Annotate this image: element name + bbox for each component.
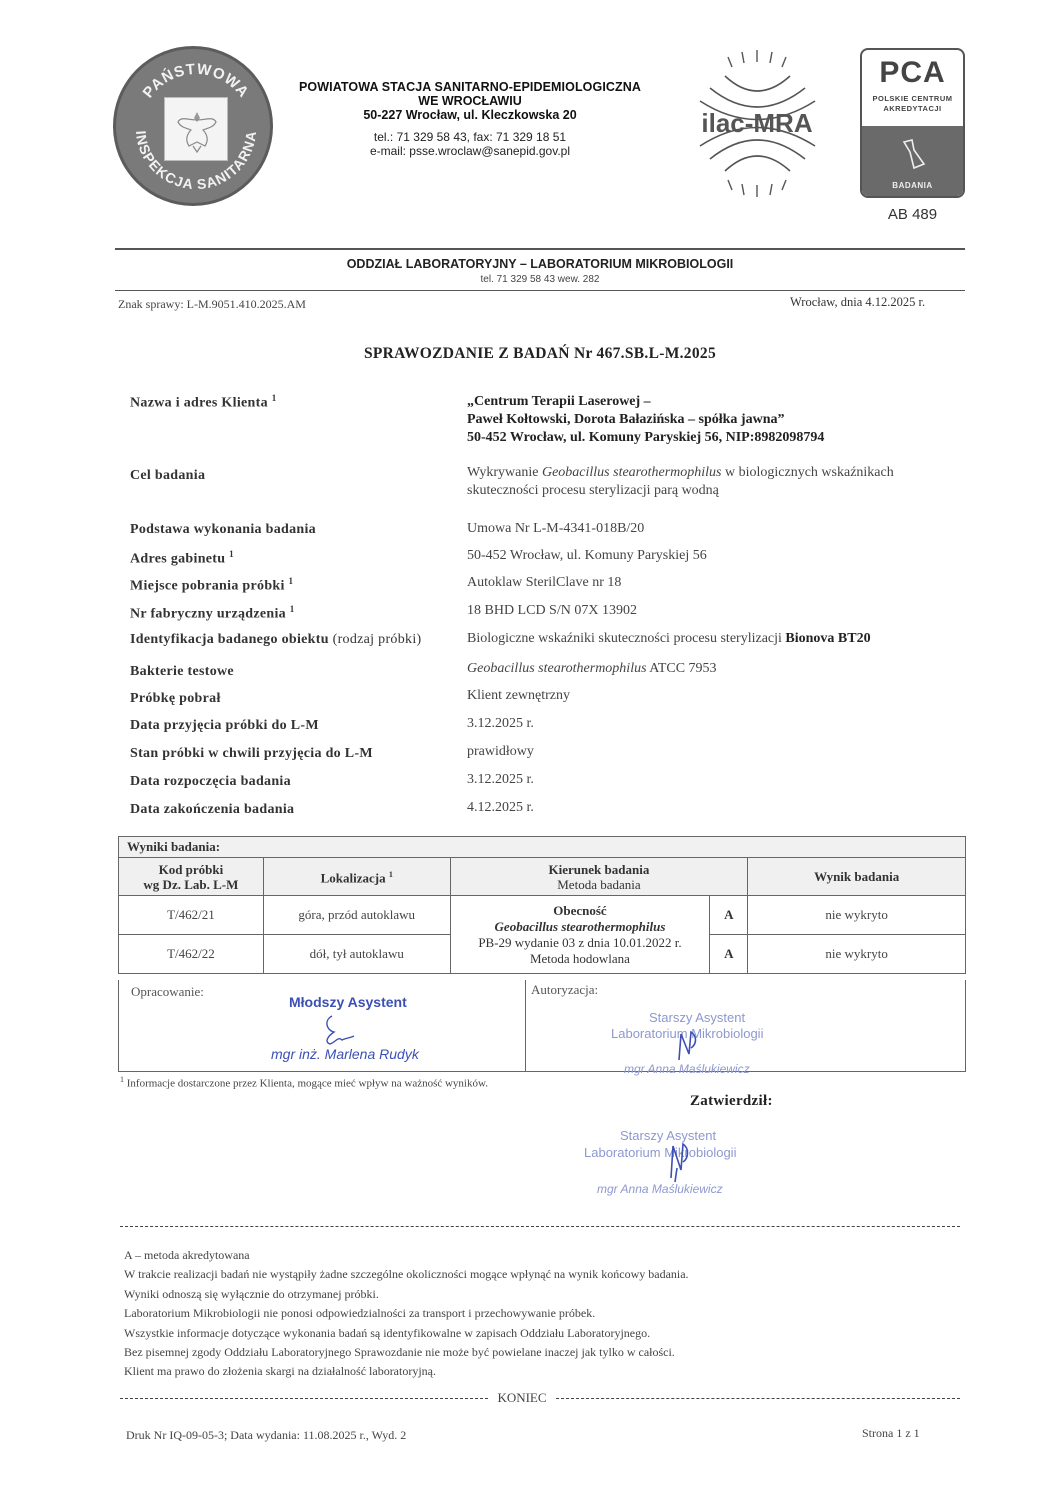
department-header: ODDZIAŁ LABORATORYJNY – LABORATORIUM MIK… (115, 257, 965, 285)
field-label-object-id: Identyfikacja badanego obiektu (rodzaj p… (130, 632, 421, 648)
divider (525, 980, 526, 1072)
department-name: ODDZIAŁ LABORATORYJNY – LABORATORIUM MIK… (115, 257, 965, 271)
header-sample-code: Kod próbkiwg Dz. Lab. L-M (119, 858, 264, 896)
table-row: T/462/21 góra, przód autoklawu Obecność … (119, 896, 966, 935)
accreditation-mark: A (710, 896, 748, 935)
report-title: SPRAWOZDANIE Z BADAŃ Nr 467.SB.L-M.2025 (115, 345, 965, 363)
field-value-sampled-by: Klient zewnętrzny (467, 688, 570, 704)
sample-code: T/462/21 (119, 896, 264, 935)
field-value-purpose: Wykrywanie Geobacillus stearothermophilu… (467, 464, 894, 500)
field-label-sample-condition: Stan próbki w chwili przyjęcia do L-M (130, 746, 373, 762)
divider (115, 248, 965, 250)
note-item: W trakcie realizacji badań nie wystąpiły… (124, 1265, 689, 1284)
approval-name: mgr Anna Maślukiewicz (597, 1182, 723, 1196)
test-result: nie wykryto (748, 896, 966, 935)
organization-header: POWIATOWA STACJA SANITARNO-EPIDEMIOLOGIC… (270, 80, 670, 158)
field-label-office-address: Adres gabinetu 1 (130, 549, 234, 568)
field-label-test-bacteria: Bakterie testowe (130, 664, 234, 680)
prepared-name: mgr inż. Marlena Rudyk (271, 1046, 419, 1062)
signature-icon (665, 1138, 695, 1184)
field-label-sampled-by: Próbkę pobrał (130, 691, 221, 707)
prepared-label: Opracowanie: (131, 984, 204, 1000)
field-value-serial-number: 18 BHD LCD S/N 07X 13902 (467, 603, 637, 619)
header-result: Wynik badania (748, 858, 966, 896)
dashed-divider (120, 1398, 488, 1399)
note-item: A – metoda akredytowana (124, 1246, 689, 1265)
field-label-start-date: Data rozpoczęcia badania (130, 774, 291, 790)
signature-icon (673, 1028, 703, 1064)
field-label-client: Nazwa i adres Klienta 1 (130, 393, 277, 412)
header-location: Lokalizacja 1 (263, 858, 450, 896)
accreditation-number: AB 489 (860, 206, 965, 223)
authorized-name: mgr Anna Maślukiewicz (624, 1062, 750, 1076)
field-value-sample-condition: prawidłowy (467, 744, 534, 760)
print-info: Druk Nr IQ-09-05-3; Data wydania: 11.08.… (126, 1428, 406, 1443)
sample-location: dół, tył autoklawu (263, 935, 450, 974)
field-label-purpose: Cel badania (130, 468, 205, 484)
field-value-basis: Umowa Nr L-M-4341-018B/20 (467, 521, 644, 537)
eagle-emblem-icon (175, 106, 219, 154)
org-address: 50-227 Wrocław, ul. Kleczkowska 20 (270, 108, 670, 122)
org-email: e-mail: psse.wroclaw@sanepid.gov.pl (270, 144, 670, 158)
place-date: Wrocław, dnia 4.12.2025 r. (790, 295, 925, 310)
divider (115, 290, 965, 291)
signature-icon (314, 1014, 364, 1048)
notes-list: A – metoda akredytowana W trakcie realiz… (124, 1246, 689, 1382)
end-marker-text: KONIEC (488, 1390, 556, 1406)
field-label-sampling-place: Miejsce pobrania próbki 1 (130, 576, 293, 595)
footnote: 1 Informacje dostarczone przez Klienta, … (120, 1075, 488, 1090)
dashed-divider (120, 1226, 960, 1227)
note-item: Klient ma prawo do złożenia skargi na dz… (124, 1362, 689, 1381)
pca-badge-label: BADANIA (862, 181, 963, 190)
authorized-role: Starszy Asystent (649, 1010, 745, 1025)
note-item: Wyniki odnoszą się wyłącznie do otrzyman… (124, 1285, 689, 1304)
header-method: Kierunek badaniaMetoda badania (450, 858, 748, 896)
sample-location: góra, przód autoklawu (263, 896, 450, 935)
case-number: Znak sprawy: L-M.9051.410.2025.AM (118, 297, 306, 312)
end-marker: KONIEC (120, 1390, 960, 1406)
seal-emblem-box (164, 97, 228, 161)
note-item: Wszystkie informacje dotyczące wykonania… (124, 1324, 689, 1343)
prepared-role: Młodszy Asystent (289, 994, 407, 1010)
org-name-line2: WE WROCŁAWIU (270, 94, 670, 108)
ilac-mra-logo-icon: ilac-MRA (680, 46, 835, 201)
field-label-end-date: Data zakończenia badania (130, 802, 294, 818)
sanitary-inspection-seal: PAŃSTWOWA INSPEKCJA SANITARNA (113, 46, 273, 206)
approval-unit: Laboratorium Mikrobiologii (584, 1145, 736, 1160)
field-value-start-date: 3.12.2025 r. (467, 772, 534, 788)
pca-accreditation-logo: PCA POLSKIE CENTRUM AKREDYTACJI BADANIA (860, 48, 965, 198)
approval-label: Zatwierdził: (690, 1093, 773, 1110)
note-item: Bez pisemnej zgody Oddziału Laboratoryjn… (124, 1343, 689, 1362)
dashed-divider (556, 1398, 960, 1399)
field-value-sampling-place: Autoklaw SterilClave nr 18 (467, 575, 621, 591)
results-table: Wyniki badania: Kod próbkiwg Dz. Lab. L-… (118, 836, 966, 974)
field-value-receipt-date: 3.12.2025 r. (467, 716, 534, 732)
field-label-basis: Podstawa wykonania badania (130, 522, 316, 538)
pca-subtitle: POLSKIE CENTRUM AKREDYTACJI (862, 94, 963, 114)
results-header-row: Kod próbkiwg Dz. Lab. L-M Lokalizacja 1 … (119, 858, 966, 896)
flask-icon (900, 138, 928, 170)
page-number: Strona 1 z 1 (862, 1426, 920, 1441)
field-value-client: „Centrum Terapii Laserowej – Paweł Kołto… (467, 393, 824, 447)
results-caption: Wyniki badania: (119, 837, 966, 858)
org-name-line1: POWIATOWA STACJA SANITARNO-EPIDEMIOLOGIC… (270, 80, 670, 94)
field-label-receipt-date: Data przyjęcia próbki do L-M (130, 718, 319, 734)
department-phone: tel. 71 329 58 43 wew. 282 (115, 274, 965, 285)
note-item: Laboratorium Mikrobiologii nie ponosi od… (124, 1304, 689, 1323)
field-value-end-date: 4.12.2025 r. (467, 800, 534, 816)
org-phone: tel.: 71 329 58 43, fax: 71 329 18 51 (270, 130, 670, 144)
test-result: nie wykryto (748, 935, 966, 974)
signature-box: Opracowanie: Młodszy Asystent mgr inż. M… (118, 980, 966, 1072)
field-value-object-id: Biologiczne wskaźniki skuteczności proce… (467, 631, 871, 647)
accreditation-mark: A (710, 935, 748, 974)
svg-text:ilac-MRA: ilac-MRA (701, 108, 812, 138)
field-label-serial-number: Nr fabryczny urządzenia 1 (130, 604, 295, 623)
pca-title: PCA (862, 56, 963, 90)
field-value-office-address: 50-452 Wrocław, ul. Komuny Paryskiej 56 (467, 548, 707, 564)
authorized-label: Autoryzacja: (531, 982, 598, 998)
field-value-test-bacteria: Geobacillus stearothermophilus ATCC 7953 (467, 661, 717, 677)
test-method: Obecność Geobacillus stearothermophilus … (450, 896, 710, 974)
sample-code: T/462/22 (119, 935, 264, 974)
svg-text:PAŃSTWOWA: PAŃSTWOWA (140, 61, 253, 102)
pca-badge-area: BADANIA (862, 126, 963, 196)
